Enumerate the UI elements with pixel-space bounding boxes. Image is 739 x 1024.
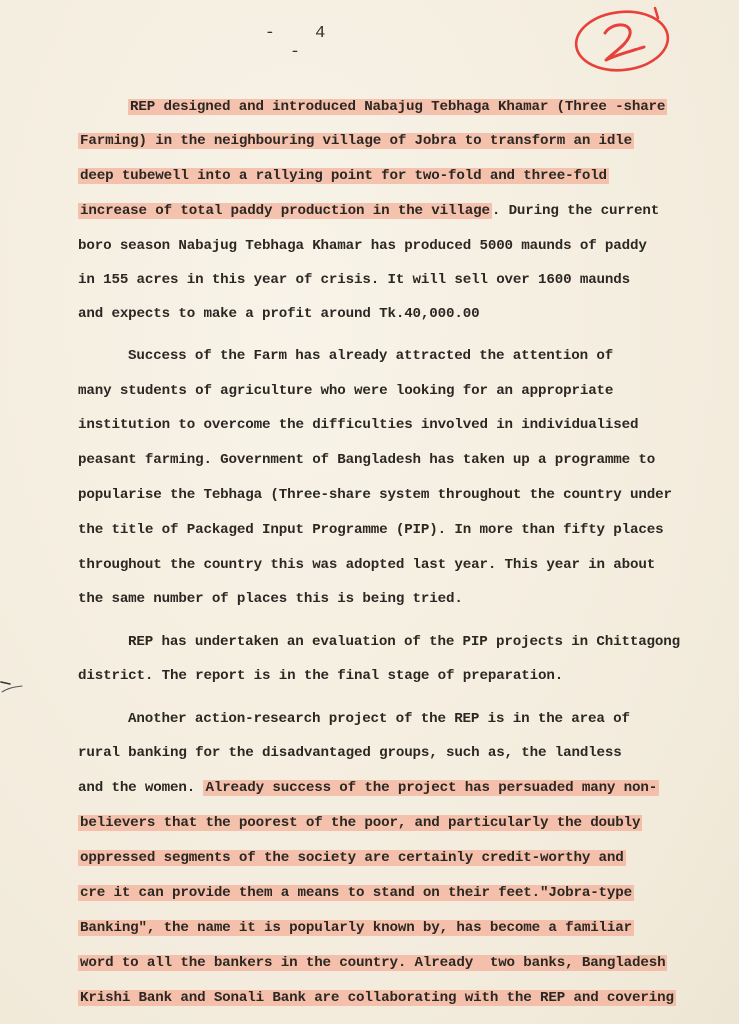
- text-line: Farming) in the neighbouring village of …: [78, 130, 634, 152]
- highlighted-text: Banking", the name it is popularly known…: [78, 920, 634, 936]
- text-line: rural banking for the disadvantaged grou…: [78, 742, 622, 764]
- text-line: increase of total paddy production in th…: [78, 200, 659, 222]
- text-line: cre it can provide them a means to stand…: [78, 882, 634, 904]
- text-line: peasant farming. Government of Banglades…: [78, 449, 655, 471]
- text-segment: Success of the Farm has already attracte…: [128, 348, 613, 364]
- text-line: word to all the bankers in the country. …: [78, 952, 667, 974]
- text-segment: and the women.: [78, 780, 203, 796]
- document-page: - 4 - 2 REP designed and introduced Naba…: [0, 0, 739, 1024]
- highlighted-text: REP designed and introduced Nabajug Tebh…: [128, 99, 667, 115]
- text-line: Success of the Farm has already attracte…: [128, 345, 613, 367]
- text-segment: . During the current: [492, 203, 659, 219]
- text-segment: rural banking for the disadvantaged grou…: [78, 745, 622, 761]
- text-line: deep tubewell into a rallying point for …: [78, 165, 609, 187]
- highlighted-text: increase of total paddy production in th…: [78, 203, 492, 219]
- text-line: the title of Packaged Input Programme (P…: [78, 519, 663, 541]
- text-line: in 155 acres in this year of crisis. It …: [78, 269, 630, 291]
- text-segment: district. The report is in the final sta…: [78, 668, 563, 684]
- text-line: and the women. Already success of the pr…: [78, 777, 659, 799]
- highlighted-text: deep tubewell into a rallying point for …: [78, 168, 609, 184]
- text-segment: the title of Packaged Input Programme (P…: [78, 522, 663, 538]
- text-segment: in 155 acres in this year of crisis. It …: [78, 272, 630, 288]
- text-segment: peasant farming. Government of Banglades…: [78, 452, 655, 468]
- text-segment: institution to overcome the difficulties…: [78, 417, 638, 433]
- text-segment: and expects to make a profit around Tk.4…: [78, 306, 479, 322]
- text-segment: popularise the Tebhaga (Three-share syst…: [78, 487, 672, 503]
- text-segment: the same number of places this is being …: [78, 591, 463, 607]
- text-line: throughout the country this was adopted …: [78, 554, 655, 576]
- text-segment: many students of agriculture who were lo…: [78, 383, 613, 399]
- text-line: boro season Nabajug Tebhaga Khamar has p…: [78, 235, 647, 257]
- highlighted-text: oppressed segments of the society are ce…: [78, 850, 626, 866]
- circled-number-annotation-icon: 2: [572, 4, 676, 74]
- text-line: Banking", the name it is popularly known…: [78, 917, 634, 939]
- text-segment: Another action-research project of the R…: [128, 711, 630, 727]
- highlighted-text: Krishi Bank and Sonali Bank are collabor…: [78, 990, 676, 1006]
- page-number: - 4 -: [240, 24, 350, 62]
- text-line: oppressed segments of the society are ce…: [78, 847, 626, 869]
- text-line: the same number of places this is being …: [78, 588, 463, 610]
- highlighted-text: cre it can provide them a means to stand…: [78, 885, 634, 901]
- svg-text:2: 2: [572, 4, 573, 5]
- margin-pen-mark-icon: [0, 676, 26, 694]
- text-segment: REP has undertaken an evaluation of the …: [128, 634, 680, 650]
- text-line: popularise the Tebhaga (Three-share syst…: [78, 484, 672, 506]
- text-segment: boro season Nabajug Tebhaga Khamar has p…: [78, 238, 647, 254]
- text-line: and expects to make a profit around Tk.4…: [78, 303, 479, 325]
- text-line: REP has undertaken an evaluation of the …: [128, 631, 680, 653]
- highlighted-text: Farming) in the neighbouring village of …: [78, 133, 634, 149]
- text-segment: throughout the country this was adopted …: [78, 557, 655, 573]
- text-line: REP designed and introduced Nabajug Tebh…: [128, 96, 667, 118]
- text-line: district. The report is in the final sta…: [78, 665, 563, 687]
- highlighted-text: word to all the bankers in the country. …: [78, 955, 667, 971]
- text-line: many students of agriculture who were lo…: [78, 380, 613, 402]
- highlighted-text: believers that the poorest of the poor, …: [78, 815, 642, 831]
- text-line: Another action-research project of the R…: [128, 708, 630, 730]
- highlighted-text: Already success of the project has persu…: [203, 780, 659, 796]
- text-line: institution to overcome the difficulties…: [78, 414, 638, 436]
- text-line: believers that the poorest of the poor, …: [78, 812, 642, 834]
- text-line: Krishi Bank and Sonali Bank are collabor…: [78, 987, 676, 1009]
